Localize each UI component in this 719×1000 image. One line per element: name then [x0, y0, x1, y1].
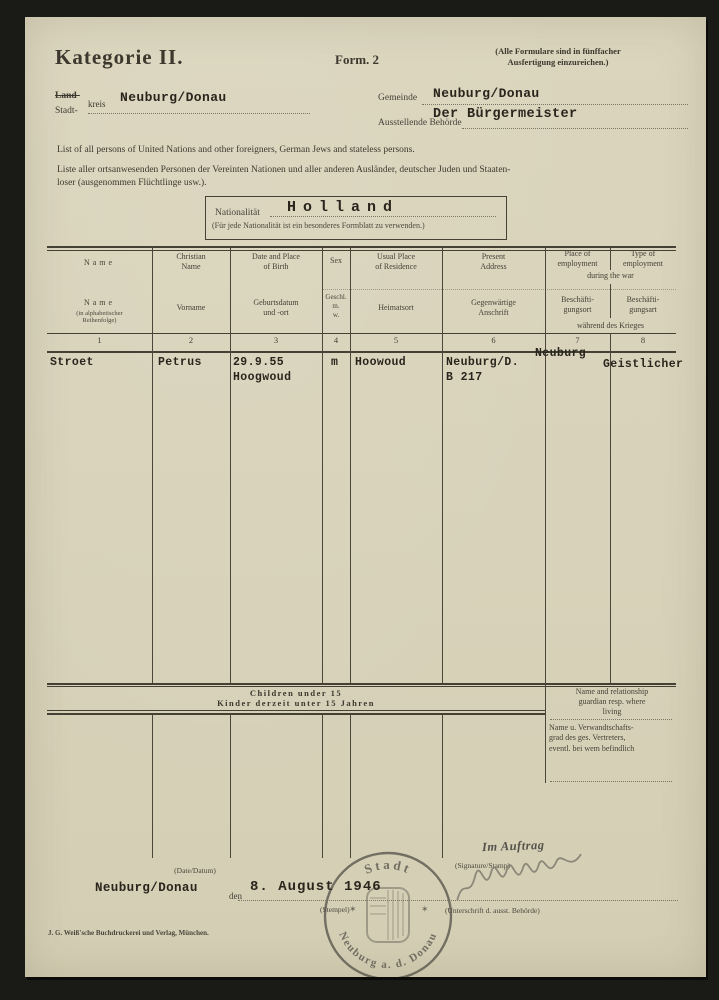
col-header-en-war-span: during the war: [545, 271, 676, 281]
row-name: Stroet: [50, 356, 94, 369]
copies-note: (Alle Formulare sind in fünffacher Ausfe…: [453, 46, 663, 68]
form-paper: Kategorie II. Form. 2 (Alle Formulare si…: [25, 17, 706, 977]
children-title-de: Kinder derzeit unter 15 Jahren: [47, 698, 545, 708]
col-header-en-sex: Sex: [322, 256, 350, 266]
stamp-coat-of-arms: [367, 888, 409, 942]
col-header-en-emp-place: Place of employment: [545, 249, 610, 269]
gemeinde-value: Neuburg/Donau: [433, 86, 540, 101]
form-number: Form. 2: [335, 52, 379, 68]
kreis-line: [88, 113, 310, 114]
gemeinde-label: Gemeinde: [378, 93, 417, 103]
col-header-de-war-span: während des Krieges: [545, 321, 676, 331]
col-header-en-emp-type: Type of employment: [610, 249, 676, 269]
date-datum-label: (Date/Datum): [155, 866, 235, 875]
table-top-line: [47, 246, 676, 248]
children-col-line-3: [322, 714, 323, 858]
row-christian-name: Petrus: [158, 356, 202, 369]
guardian-text-en: Name and relationship guardian resp. whe…: [548, 687, 676, 717]
land-label: Land-: [55, 91, 80, 101]
col-num-1: 1: [47, 335, 152, 345]
col-line-7c: [610, 333, 611, 683]
guardian-text-de: Name u. Verwandtschafts- grad des ges. V…: [549, 723, 677, 754]
nationality-label: Nationalität: [215, 208, 260, 218]
stadt-label: Stadt-: [55, 106, 78, 116]
col-header-de-anschrift: Gegenwärtige Anschrift: [442, 298, 545, 317]
category-title: Kategorie II.: [55, 45, 183, 70]
svg-text:Stadt: Stadt: [362, 857, 414, 877]
row-employment-place: Neuburg: [535, 347, 586, 360]
children-band-line: [47, 710, 545, 711]
col-header-de-heimatsort: Heimatsort: [350, 303, 442, 313]
col-header-de-gungsart: Beschäfti- gungsart: [610, 295, 676, 314]
children-col-line-2: [230, 714, 231, 858]
header-dotted-separator: [322, 289, 676, 290]
row-birth: 29.9.55 Hoogwoud: [233, 356, 291, 386]
col-header-de-name: Name: [47, 298, 152, 308]
guardian-dotted-1: [550, 719, 672, 720]
signature: [448, 848, 591, 906]
stamp-star-right: ✶: [421, 904, 429, 914]
col-num-7: 7: [545, 335, 610, 345]
children-col-line-1: [152, 714, 153, 858]
row-residence: Hoowoud: [355, 356, 406, 369]
unterschrift-label: (Unterschrift d. ausst. Behörde): [445, 906, 540, 915]
children-band-line2: [47, 713, 545, 715]
nationality-line: [270, 216, 496, 217]
col-header-de-gungsort: Beschäfti- gungsort: [545, 295, 610, 314]
behoerde-value: Der Bürgermeister: [433, 107, 578, 122]
stempel-label: (Stempel): [320, 905, 350, 914]
col-num-4: 4: [322, 335, 350, 345]
nationality-note: (Für jede Nationalität ist ein besondere…: [212, 221, 425, 230]
children-col-line-4: [350, 714, 351, 858]
stamp-top-text: Stadt: [362, 857, 414, 877]
intro-en: List of all persons of United Nations an…: [57, 145, 677, 155]
row-sex: m: [331, 356, 338, 369]
col-header-en-christian: Christian Name: [152, 252, 230, 272]
col-header-en-birth: Date and Place of Birth: [230, 252, 322, 272]
row-address: Neuburg/D. B 217: [446, 356, 519, 386]
children-col-line-5: [442, 714, 443, 858]
col-header-de-vorname: Vorname: [152, 303, 230, 313]
footer-date-value: 8. August 1946: [250, 879, 382, 895]
footer-place-value: Neuburg/Donau: [95, 881, 198, 895]
intro-de: Liste aller ortsanwesenden Personen der …: [57, 164, 682, 190]
stamp-star-left: ✶: [349, 904, 357, 914]
col-header-de-geschl: Geschl. m. w.: [322, 293, 350, 320]
col-header-en-residence: Usual Place of Residence: [350, 252, 442, 272]
col-num-6: 6: [442, 335, 545, 345]
col-header-de-name-sub: (in alphabetischer Reihenfolge): [47, 310, 152, 324]
row-employment-type: Geistlicher: [603, 358, 683, 371]
behoerde-line: [462, 128, 688, 129]
children-top-line: [47, 683, 676, 685]
children-title-en: Children under 15: [47, 688, 545, 698]
printer-imprint: J. G. Weiß'sche Buchdruckerei und Verlag…: [48, 929, 209, 937]
col-num-3: 3: [230, 335, 322, 345]
kreis-value: Neuburg/Donau: [120, 90, 227, 105]
kreis-label: kreis: [88, 99, 106, 109]
col-header-en-name: Name: [47, 258, 152, 268]
col-num-5: 5: [350, 335, 442, 345]
guardian-left-border: [545, 683, 546, 783]
col-num-2: 2: [152, 335, 230, 345]
col-header-de-geburt: Geburtsdatum und -ort: [230, 298, 322, 317]
number-row-top-line: [47, 333, 676, 334]
guardian-dotted-2: [550, 781, 672, 782]
nationality-value: Holland: [287, 199, 399, 216]
col-header-en-address: Present Address: [442, 252, 545, 272]
col-num-8: 8: [610, 335, 676, 345]
gemeinde-line: [422, 104, 688, 105]
scanned-document: Kategorie II. Form. 2 (Alle Formulare si…: [0, 0, 719, 1000]
